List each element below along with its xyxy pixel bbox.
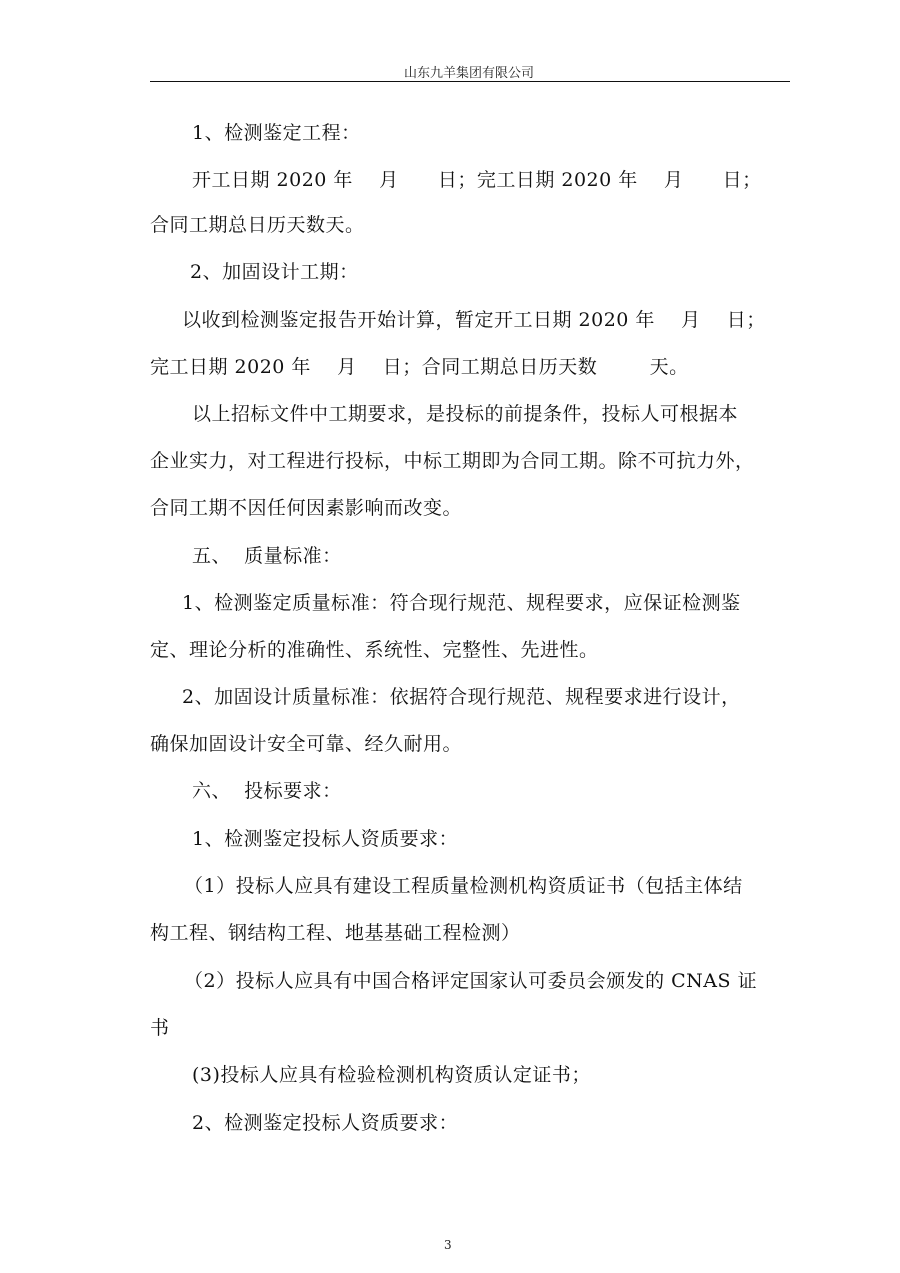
text-line: 六、 投标要求：: [192, 779, 342, 803]
header-divider: [150, 81, 790, 82]
text-line: 开工日期 2020 年 月 日；完工日期 2020 年 月 日；: [192, 168, 762, 192]
text-line: 企业实力，对工程进行投标，中标工期即为合同工期。除不可抗力外，: [150, 449, 755, 473]
text-line: 2、加固设计质量标准：依据符合现行规范、规程要求进行设计，: [182, 685, 741, 709]
text-line: 以上招标文件中工期要求，是投标的前提条件，投标人可根据本: [192, 402, 738, 426]
text-line: 以收到检测鉴定报告开始计算，暂定开工日期 2020 年 月 日；: [182, 308, 766, 332]
text-line: 2、加固设计工期：: [190, 260, 359, 284]
text-line: （2）投标人应具有中国合格评定国家认可委员会颁发的 CNAS 证: [184, 969, 757, 993]
text-line: 书: [150, 1016, 170, 1040]
text-line: 合同工期不因任何因素影响而改变。: [150, 496, 462, 520]
text-line: 1、检测鉴定质量标准：符合现行规范、规程要求，应保证检测鉴: [182, 591, 741, 615]
text-line: 合同工期总日历天数天。: [150, 213, 365, 237]
page-number: 3: [444, 1238, 452, 1252]
text-line: 2、检测鉴定投标人资质要求：: [192, 1111, 458, 1135]
text-line: 1、检测鉴定投标人资质要求：: [192, 827, 458, 851]
text-line: 1、检测鉴定工程：: [192, 121, 361, 145]
text-line: 五、 质量标准：: [192, 544, 342, 568]
text-line: (3)投标人应具有检验检测机构资质认定证书；: [192, 1063, 591, 1087]
text-line: （1）投标人应具有建设工程质量检测机构资质证书（包括主体结: [184, 874, 743, 898]
text-line: 完工日期 2020 年 月 日；合同工期总日历天数 天。: [150, 355, 689, 379]
text-line: 确保加固设计安全可靠、经久耐用。: [150, 732, 462, 756]
header-company-name: 山东九羊集团有限公司: [0, 62, 900, 81]
text-line: 定、理论分析的准确性、系统性、完整性、先进性。: [150, 638, 599, 662]
text-line: 构工程、钢结构工程、地基基础工程检测）: [150, 921, 521, 945]
